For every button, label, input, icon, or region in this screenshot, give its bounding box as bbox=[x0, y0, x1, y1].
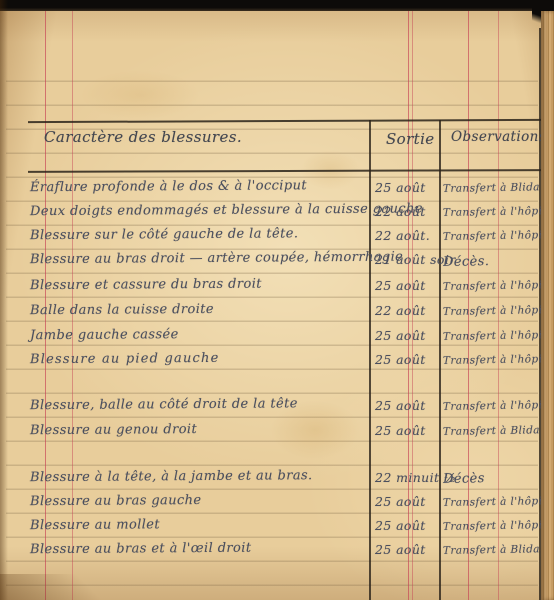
wound-cell: Blessure au bras droit — artère coupée, … bbox=[30, 250, 370, 267]
wound-cell: Blessure au bras et à l'œil droit bbox=[30, 540, 370, 557]
wound-cell: Balle dans la cuisse droite bbox=[30, 301, 370, 318]
sortie-cell: 25 août bbox=[375, 542, 439, 557]
sortie-cell: 25 août bbox=[375, 398, 439, 413]
book-page-stack-edge bbox=[541, 11, 554, 600]
wound-cell: Blessure à la tête, à la jambe et au bra… bbox=[30, 468, 370, 485]
sortie-cell: 22 août. bbox=[375, 228, 439, 243]
observation-cell: Transfert à l'hôpital. bbox=[443, 279, 547, 293]
observation-cell: Transfert à Blida. bbox=[443, 543, 547, 557]
observation-cell: Transfert à l'hôpital bbox=[443, 399, 547, 413]
observation-cell: Transfert à l'hôpital. bbox=[443, 353, 547, 367]
column-header-wounds: Caractère des blessures. bbox=[44, 128, 242, 146]
red-margin-rule bbox=[412, 0, 413, 600]
wound-cell: Éraflure profonde à le dos & à l'occiput bbox=[30, 178, 370, 195]
observation-cell: Décès. bbox=[443, 253, 547, 270]
column-header-observations: Observations. bbox=[451, 129, 551, 145]
wound-cell: Jambe gauche cassée bbox=[30, 326, 370, 343]
wound-cell: Blessure au pied gauche bbox=[30, 350, 370, 367]
column-divider bbox=[439, 120, 441, 600]
table-header-top-line bbox=[28, 119, 543, 123]
column-header-sortie: Sortie bbox=[386, 130, 435, 148]
sortie-cell: 25 août bbox=[375, 278, 439, 293]
wound-cell: Blessure au bras gauche bbox=[30, 492, 370, 509]
paper-stain bbox=[80, 70, 200, 120]
sortie-cell: 25 août bbox=[375, 180, 439, 195]
sortie-cell: 22 août bbox=[375, 204, 439, 219]
red-margin-rule bbox=[72, 0, 73, 600]
wound-cell: Blessure et cassure du bras droit bbox=[30, 276, 370, 293]
red-margin-rule bbox=[468, 0, 469, 600]
sortie-cell: 22 minuit ½ bbox=[375, 470, 439, 485]
sortie-cell: 25 août bbox=[375, 328, 439, 343]
observation-cell: Transfert à l'hôpital bbox=[443, 205, 547, 219]
page-bottom-shadow bbox=[0, 574, 120, 600]
observation-cell: Transfert à l'hôpital. bbox=[443, 329, 547, 343]
observation-cell: Transfert à l'hôpital. bbox=[443, 304, 547, 318]
observation-cell: Transfert à Blida bbox=[443, 424, 547, 438]
wound-cell: Blessure, balle au côté droit de la tête bbox=[30, 396, 370, 413]
observation-cell: Transfert à l'hôpital bbox=[443, 229, 547, 243]
red-margin-rule bbox=[498, 0, 499, 600]
wound-cell: Blessure au genou droit bbox=[30, 421, 370, 438]
observation-cell: Transfert à l'hôpital bbox=[443, 519, 547, 533]
ledger-page-scan: Caractère des blessures. Sortie Observat… bbox=[0, 0, 554, 600]
table-header-bottom-line bbox=[28, 169, 543, 173]
red-margin-rule bbox=[408, 0, 409, 600]
observation-cell: Transfert à l'hôpital bbox=[443, 495, 547, 509]
sortie-cell: 21 août soir bbox=[375, 252, 439, 267]
observation-cell: Transfert à Blida bbox=[443, 181, 547, 195]
sortie-cell: 25 août bbox=[375, 494, 439, 509]
red-margin-rule bbox=[45, 0, 46, 600]
wound-cell: Blessure au mollet bbox=[30, 516, 370, 533]
wound-cell: Deux doigts endommagés et blessure à la … bbox=[30, 202, 370, 219]
sortie-cell: 22 août bbox=[375, 303, 439, 318]
observation-cell: Décès bbox=[443, 470, 547, 487]
sortie-cell: 25 août bbox=[375, 518, 439, 533]
sortie-cell: 25 août bbox=[375, 423, 439, 438]
sortie-cell: 25 août bbox=[375, 352, 439, 367]
wound-cell: Blessure sur le côté gauche de la tête. bbox=[30, 226, 370, 243]
book-gutter-shadow bbox=[0, 0, 8, 600]
book-top-edge bbox=[0, 0, 554, 11]
